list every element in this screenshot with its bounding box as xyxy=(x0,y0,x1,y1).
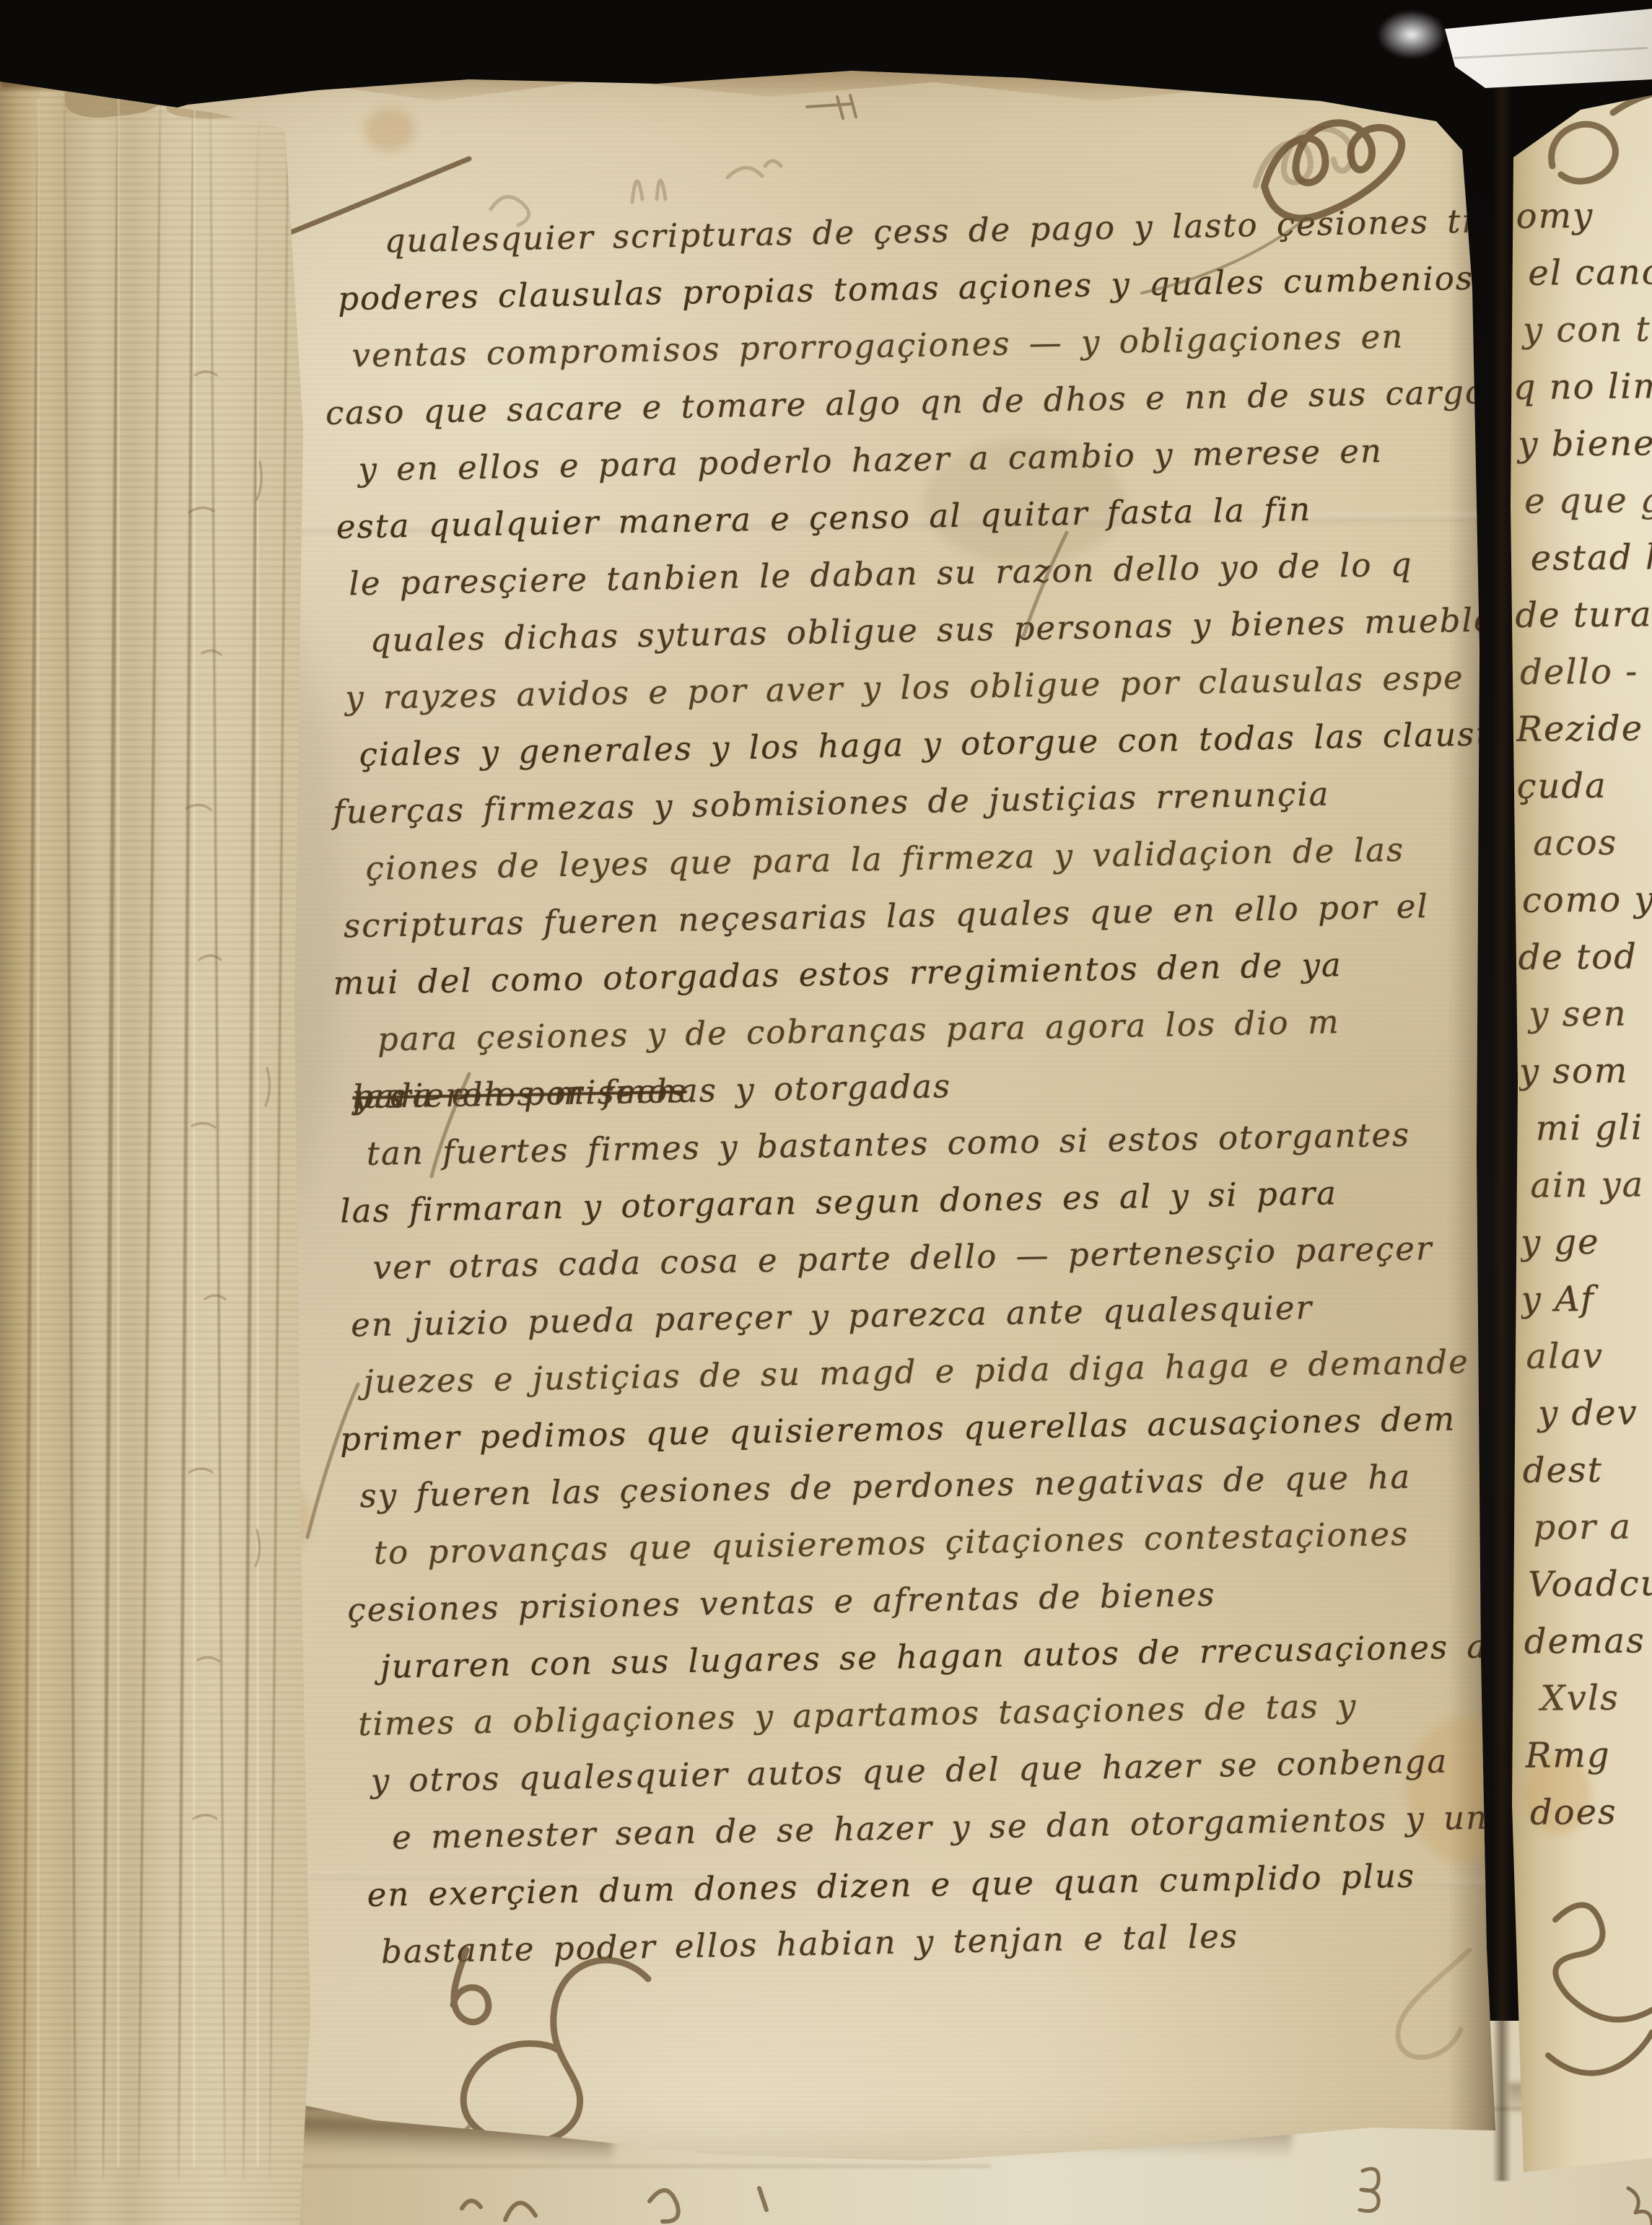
facing-page-line-fragment: e que gal xyxy=(1514,472,1652,530)
facing-page-line-fragment: el cano xyxy=(1512,244,1652,302)
ink-corner-mark xyxy=(1628,2188,1652,2225)
notarial-scribble-icon xyxy=(1142,123,1402,293)
facing-page-line-fragment: y biene xyxy=(1513,415,1652,473)
plus-tick-mark xyxy=(807,95,856,118)
facing-page-line-fragment: Xvls xyxy=(1524,1669,1652,1728)
facing-page-line-fragment: mi gli xyxy=(1519,1099,1652,1158)
paper-tab xyxy=(1436,4,1652,95)
facing-page-line-fragment: q no lim xyxy=(1513,358,1652,416)
torn-paper-flap xyxy=(63,68,168,121)
ink-trace xyxy=(462,2200,481,2208)
ink-mark-b xyxy=(1360,2169,1378,2211)
facing-page-line-fragment: de turas xyxy=(1515,586,1652,644)
leaf-edge-ridge xyxy=(63,90,77,2182)
stack-top-edge xyxy=(0,69,310,89)
ink-trace xyxy=(650,2190,678,2221)
facing-page-edge: omyel canoy con todaq no limy bienee que… xyxy=(1505,72,1652,2176)
facing-page-line-fragment: does xyxy=(1526,1783,1652,1842)
leaf-edge-ridge xyxy=(137,90,162,2182)
ghost-flourish xyxy=(1398,1950,1469,2058)
facing-page-line-fragment: por a xyxy=(1523,1498,1652,1557)
facing-page-line-fragment: y Af xyxy=(1521,1270,1652,1329)
o-flourish-icon xyxy=(1552,94,1652,181)
facing-page-line-fragment: dest xyxy=(1522,1441,1652,1500)
facing-page-line-fragment: de tod xyxy=(1518,928,1652,987)
facing-page-line-fragment: y dev xyxy=(1522,1384,1652,1443)
facing-page-line-fragment: alav xyxy=(1521,1327,1652,1386)
facing-page-line-fragment: Rezide xyxy=(1516,700,1652,759)
facing-page-line-fragment: acos xyxy=(1517,814,1652,873)
leaf-edge-highlight xyxy=(38,97,39,2167)
facing-page-line-fragment: y som xyxy=(1519,1042,1652,1101)
facing-page-line-fragment: como y xyxy=(1518,871,1652,930)
paper-tab-crease xyxy=(1454,46,1648,58)
ghost-offset-marks xyxy=(491,161,781,225)
ink-trace xyxy=(505,2203,536,2220)
book-gutter-fold xyxy=(1493,66,1511,2181)
facing-page-line-fragment: y ge xyxy=(1521,1213,1652,1272)
margin-bleedthrough-marks xyxy=(180,303,339,2035)
facing-page-line-fragment: omy xyxy=(1511,187,1652,245)
facing-page-text-fragments: omyel canoy con todaq no limy bienee que… xyxy=(1511,187,1652,1957)
descender-strokes xyxy=(307,533,1067,1537)
facing-page-line-fragment: demas xyxy=(1524,1612,1652,1671)
facing-page-line-fragment: Rmg xyxy=(1525,1726,1652,1785)
facing-page-line-fragment: y sen xyxy=(1518,985,1652,1044)
facing-page-line-fragment: ain ya xyxy=(1520,1156,1652,1215)
ink-trace xyxy=(759,2188,766,2210)
facing-page-line-fragment: Voadcu xyxy=(1524,1555,1652,1614)
cotton-fuzz xyxy=(1377,10,1446,59)
facing-page-line-fragment: y con toda xyxy=(1513,301,1652,359)
facing-page-line-fragment: estad h xyxy=(1514,529,1652,587)
leaf-edge-highlight xyxy=(118,97,119,2167)
facing-page-line-fragment: dello - xyxy=(1516,643,1652,701)
facing-page-line-fragment: çuda xyxy=(1516,757,1652,816)
manuscript-photo: qualesquier scripturas de çess de pago y… xyxy=(0,0,1652,2225)
